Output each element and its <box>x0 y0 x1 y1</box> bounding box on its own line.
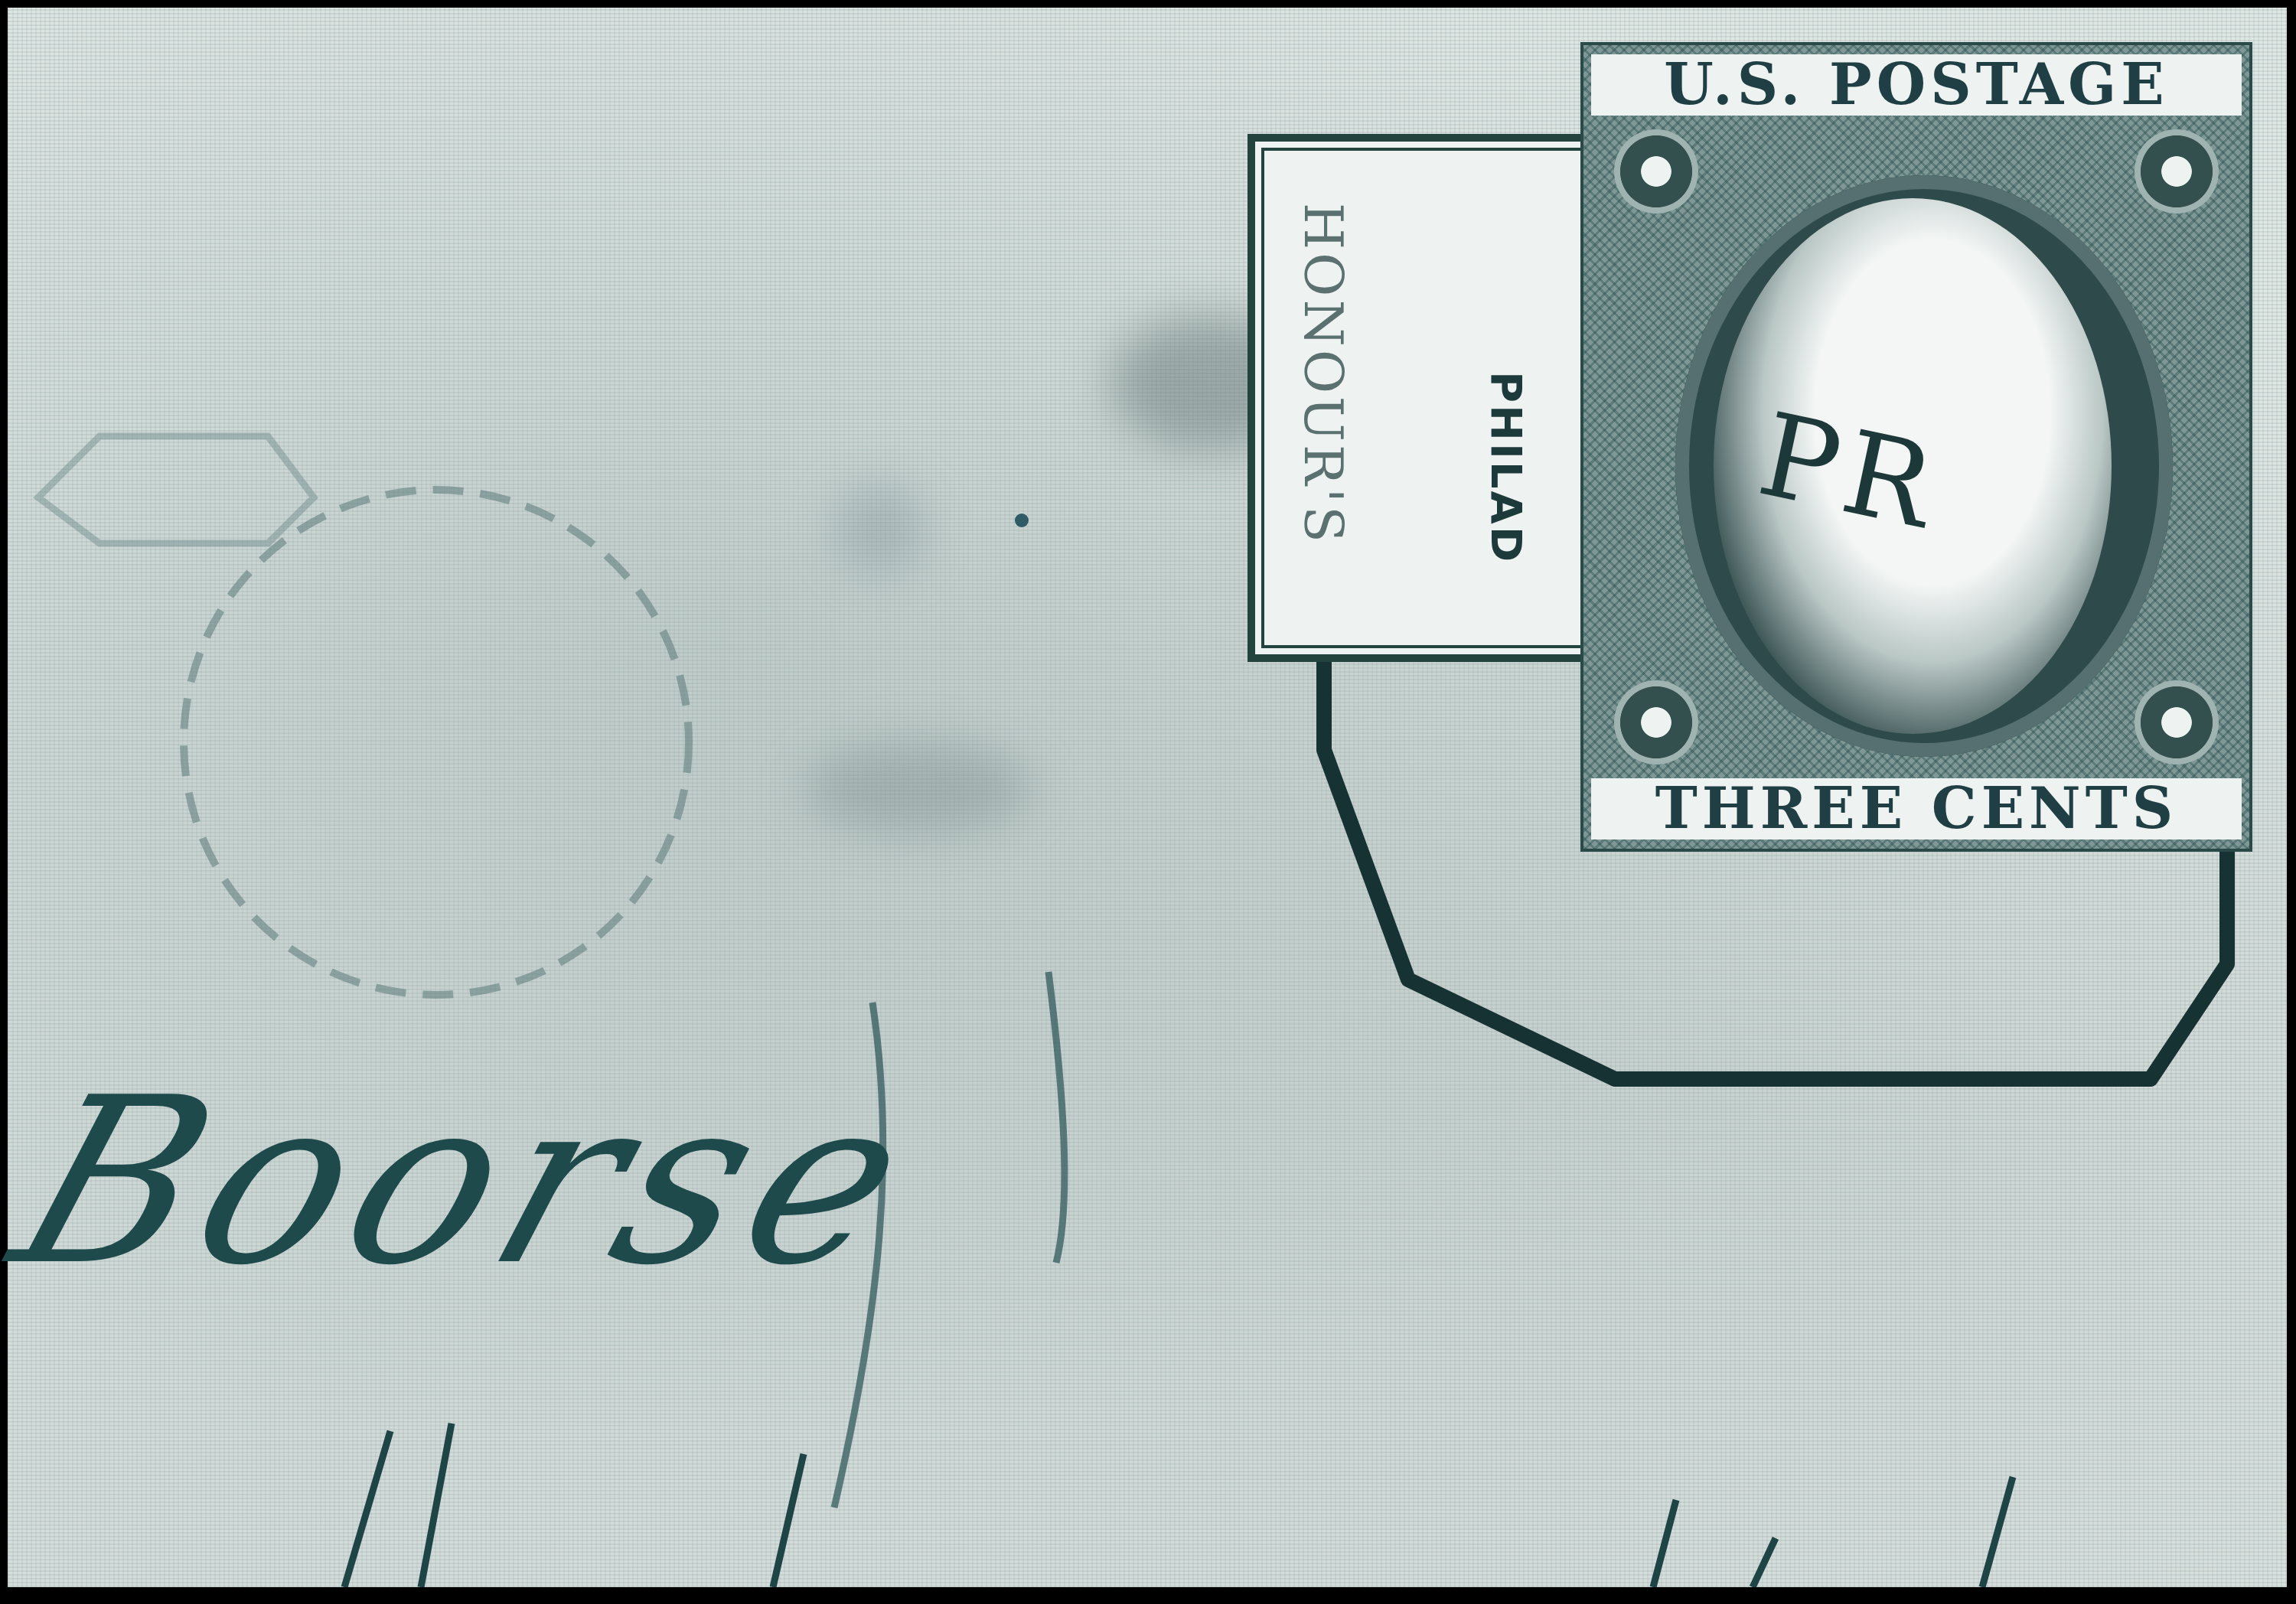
corner-rosette-icon <box>2135 680 2219 765</box>
circular-postmark <box>184 490 689 995</box>
address-line-strokes <box>344 1423 2013 1587</box>
envelope-cover: HONOUR'S PHILAD U.S. POSTAGE THREE CENTS… <box>8 8 2287 1587</box>
scan-frame: HONOUR'S PHILAD U.S. POSTAGE THREE CENTS… <box>0 0 2296 1604</box>
ink-dot <box>1015 513 1029 527</box>
corner-rosette-icon <box>2135 129 2219 214</box>
handwritten-addressee: Boorse <box>0 1048 947 1315</box>
corner-rosette-icon <box>1614 129 1698 214</box>
local-stamp-vertical-text: HONOUR'S <box>1292 203 1355 546</box>
stamp-bottom-label: THREE CENTS <box>1591 778 2242 839</box>
stamp-top-label: U.S. POSTAGE <box>1591 54 2242 116</box>
faint-rate-marking <box>38 436 314 543</box>
local-stamp-city-text: PHILAD <box>1481 371 1531 564</box>
local-post-stamp: HONOUR'S PHILAD <box>1247 134 1600 662</box>
corner-rosette-icon <box>1614 680 1698 765</box>
